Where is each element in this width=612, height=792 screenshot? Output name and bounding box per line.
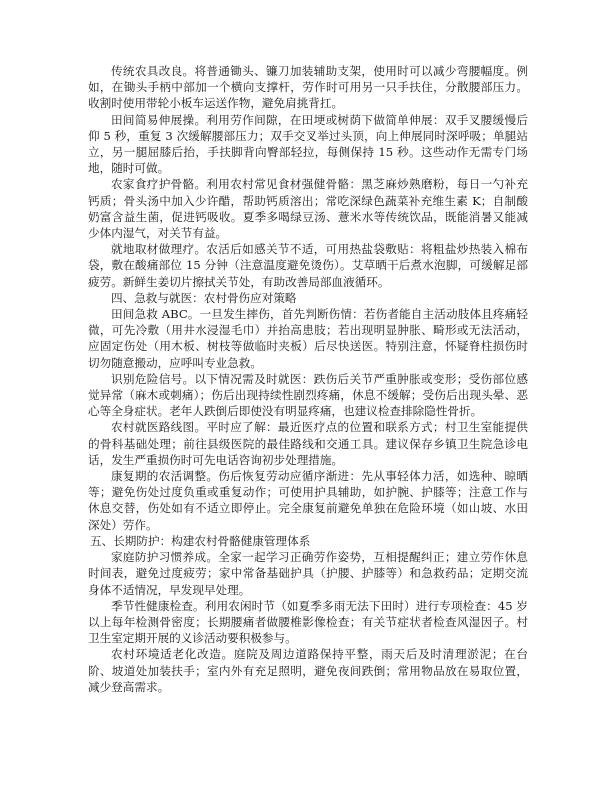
paragraph-field-stretching: 田间简易伸展操。利用劳作间隙，在田埂或树荫下做简单伸展：双手叉腰缓慢后仰 5 秒… <box>88 112 528 177</box>
section-heading-first-aid: 四、急救与就医：农村骨伤应对策略 <box>88 290 528 306</box>
paragraph-danger-signals: 识别危险信号。以下情况需及时就医：跌伤后关节严重肿胀或变形；受伤部位感觉异常（麻… <box>88 371 528 420</box>
paragraph-family-habits: 家庭防护习惯养成。全家一起学习正确劳作姿势，互相提醒纠正；建立劳作休息时间表，避… <box>88 549 528 598</box>
paragraph-environment-modification: 农村环境适老化改造。庭院及周边道路保持平整，雨天后及时清理淤泥；在台阶、坡道处加… <box>88 646 528 695</box>
paragraph-rehab-adjustment: 康复期的农活调整。伤后恢复劳动应循序渐进：先从事轻体力活，如选种、晾晒等；避免伤… <box>88 468 528 533</box>
paragraph-tool-improvement: 传统农具改良。将普通锄头、镰刀加装辅助支架，使用时可以减少弯腰幅度。例如，在锄头… <box>88 63 528 112</box>
paragraph-medical-route: 农村就医路线图。平时应了解：最近医疗点的位置和联系方式；村卫生室能提供的骨科基础… <box>88 419 528 468</box>
section-heading-long-term: 五、长期防护：构建农村骨骼健康管理体系 <box>88 533 528 549</box>
paragraph-field-first-aid: 田间急救 ABC。一旦发生摔伤，首先判断伤情：若伤者能自主活动肢体且疼痛轻微，可… <box>88 306 528 371</box>
paragraph-seasonal-checkup: 季节性健康检查。利用农闲时节（如夏季多雨无法下田时）进行专项检查：45 岁以上每… <box>88 598 528 647</box>
paragraph-diet-therapy: 农家食疗护骨骼。利用农村常见食材强健骨骼：黑芝麻炒熟磨粉，每日一勺补充钙质；骨头… <box>88 176 528 241</box>
paragraph-local-physiotherapy: 就地取材做理疗。农活后如感关节不适，可用热盐袋敷贴：将粗盐炒热装入棉布袋，敷在酸… <box>88 241 528 290</box>
document-page: 传统农具改良。将普通锄头、镰刀加装辅助支架，使用时可以减少弯腰幅度。例如，在锄头… <box>88 63 528 695</box>
